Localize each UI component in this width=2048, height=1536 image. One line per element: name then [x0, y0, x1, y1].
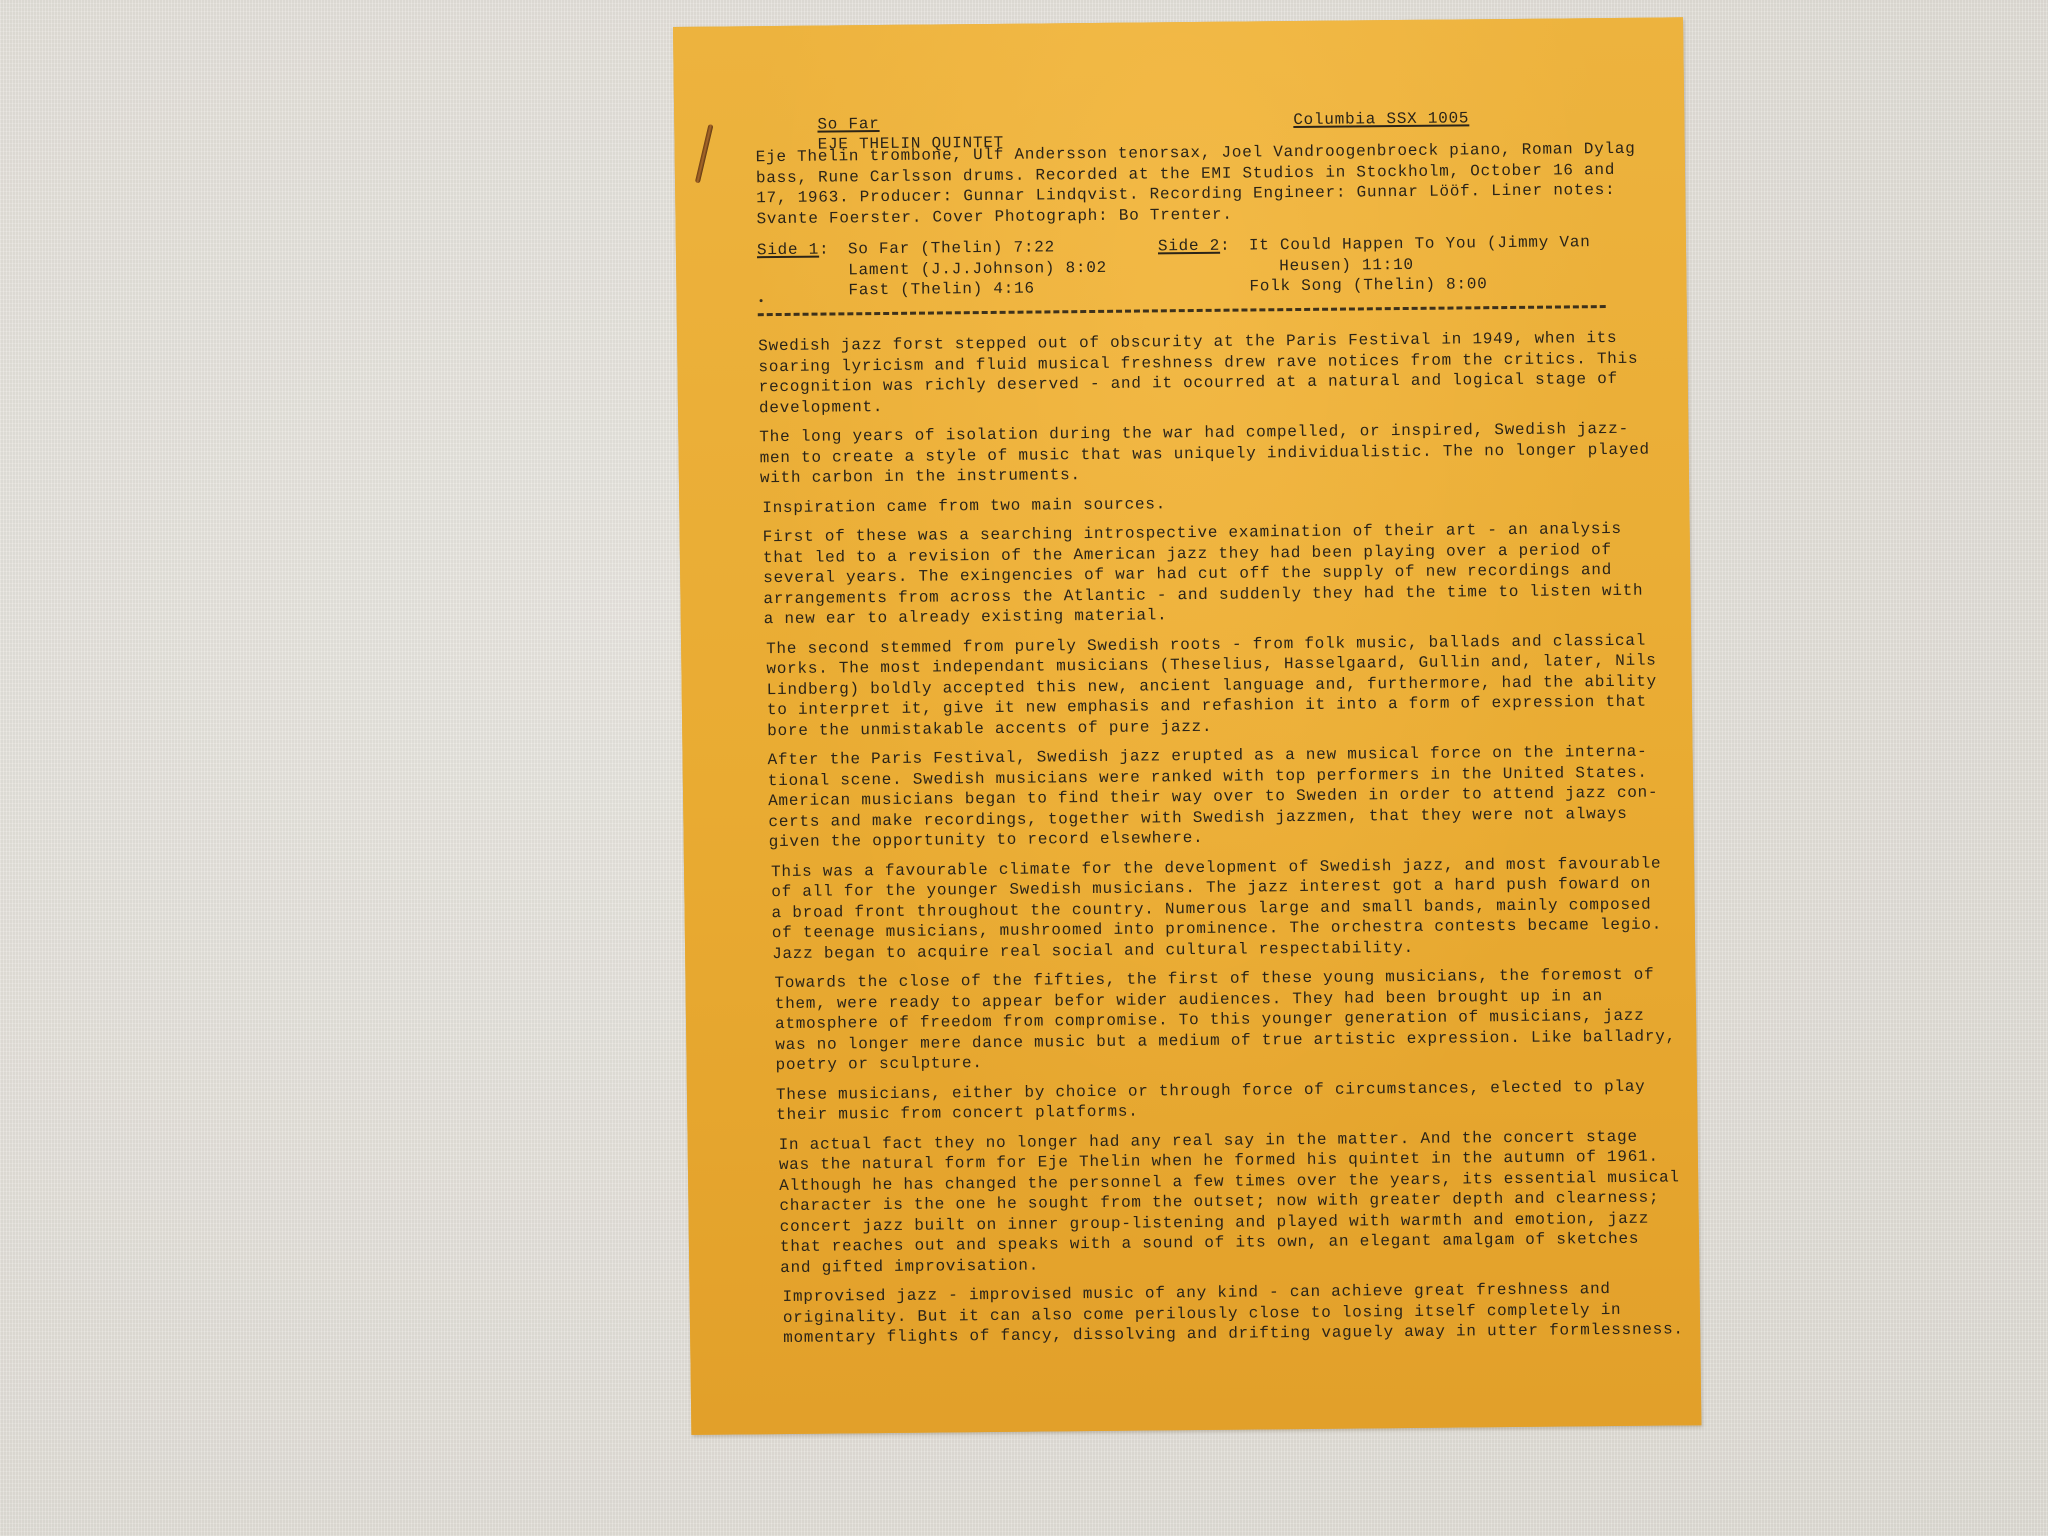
staple-icon	[695, 124, 714, 184]
body-paragraph: Improvised jazz - improvised music of an…	[783, 1279, 1652, 1349]
track-item: Fast (Thelin) 4:16	[848, 278, 1107, 301]
track-item: Lament (J.J.Johnson) 8:02	[848, 257, 1107, 280]
body-paragraph: The long years of isolation during the w…	[759, 419, 1640, 489]
body-paragraph: These musicians, either by choice or thr…	[776, 1076, 1648, 1125]
side-2-label: Side 2:	[1158, 236, 1231, 257]
artist-name: EJE THELIN QUINTET	[818, 134, 1005, 154]
track-item: It Could Happen To You (Jimmy Van	[1249, 232, 1591, 256]
body-paragraph: Swedish jazz forst stepped out of obscur…	[758, 328, 1639, 418]
track-item: Folk Song (Thelin) 8:00	[1249, 273, 1591, 297]
side-1-tracks: So Far (Thelin) 7:22 Lament (J.J.Johnson…	[848, 237, 1108, 301]
body-paragraph: Towards the close of the fifties, the fi…	[774, 965, 1647, 1076]
paragraph-line: Inspiration came from two main sources.	[762, 489, 1640, 518]
body-paragraph: In actual fact they no longer had any re…	[779, 1126, 1651, 1278]
body-paragraph: First of these was a searching introspec…	[763, 519, 1642, 630]
body-paragraph: Inspiration came from two main sources.	[762, 489, 1640, 518]
body-paragraph: After the Paris Festival, Swedish jazz e…	[767, 742, 1644, 853]
track-listing: Side 1: So Far (Thelin) 7:22 Lament (J.J…	[757, 232, 1638, 303]
liner-notes-body: Swedish jazz forst stepped out of obscur…	[758, 328, 1651, 1349]
side-1-label: Side 1:	[757, 240, 830, 261]
track-item: So Far (Thelin) 7:22	[848, 237, 1107, 260]
body-paragraph: The second stemmed from purely Swedish r…	[766, 630, 1643, 741]
liner-notes-content: So Far EJE THELIN QUINTET Columbia SSX 1…	[755, 86, 1651, 1358]
catalog-number: Columbia SSX 1005	[1293, 108, 1469, 130]
body-paragraph: This was a favourable climate for the de…	[771, 853, 1646, 964]
liner-notes-sheet: So Far EJE THELIN QUINTET Columbia SSX 1…	[673, 17, 1701, 1435]
side-2-tracks: It Could Happen To You (Jimmy Van Heusen…	[1249, 232, 1591, 297]
